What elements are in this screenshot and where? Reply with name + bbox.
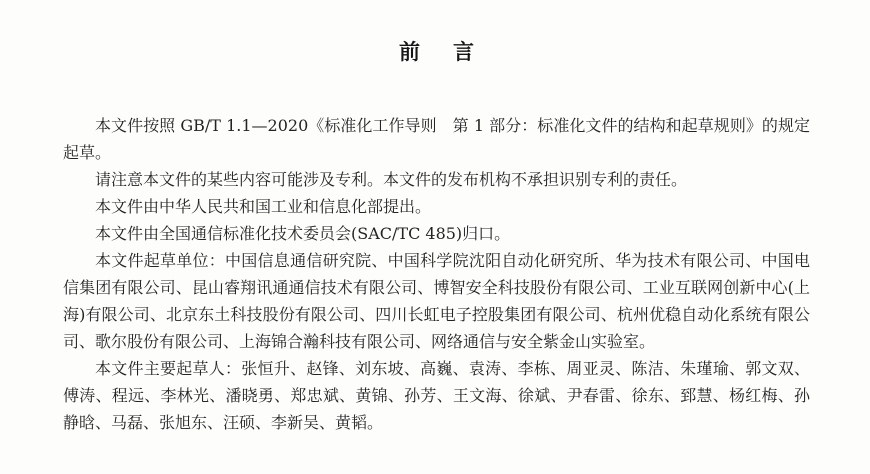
paragraph-drafters: 本文件主要起草人：张恒升、赵锋、刘东坡、高巍、袁涛、李栋、周亚灵、陈洁、朱瑾瑜、… [63,355,810,436]
paragraph-drafting-organizations: 本文件起草单位：中国信息通信研究院、中国科学院沈阳自动化研究所、华为技术有限公司… [63,247,810,355]
page-title: 前 言 [63,36,810,66]
paragraph-centralized-by: 本文件由全国通信标准化技术委员会(SAC/TC 485)归口。 [63,220,810,247]
document-page: 前 言 本文件按照 GB/T 1.1—2020《标准化工作导则 第 1 部分：标… [0,0,870,474]
paragraph-proposed-by: 本文件由中华人民共和国工业和信息化部提出。 [63,193,810,220]
paragraph-patent-notice: 请注意本文件的某些内容可能涉及专利。本文件的发布机构不承担识别专利的责任。 [63,166,810,193]
foreword-body: 本文件按照 GB/T 1.1—2020《标准化工作导则 第 1 部分：标准化文件… [63,112,810,436]
paragraph-drafting-basis: 本文件按照 GB/T 1.1—2020《标准化工作导则 第 1 部分：标准化文件… [63,112,810,166]
